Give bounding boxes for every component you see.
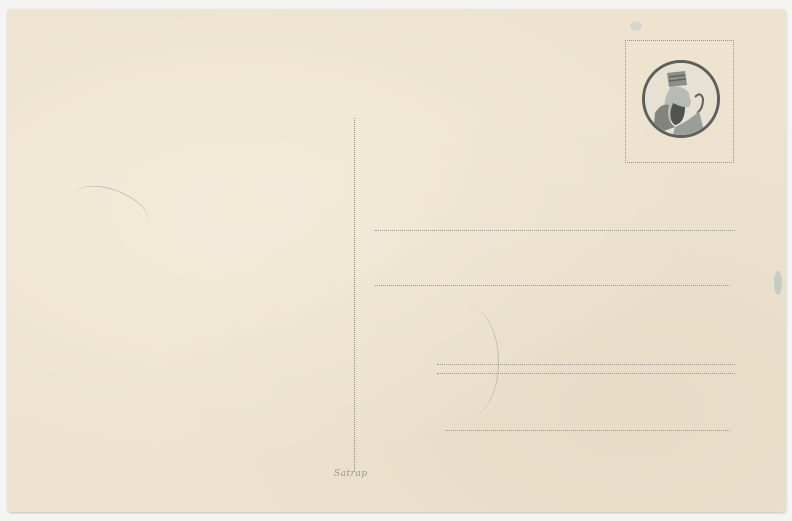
address-line bbox=[437, 364, 735, 365]
address-line bbox=[437, 373, 735, 374]
crease-mark bbox=[65, 177, 154, 243]
crease-mark bbox=[438, 307, 499, 417]
ink-stain bbox=[630, 21, 642, 31]
address-line bbox=[445, 430, 730, 431]
ink-stain bbox=[774, 271, 782, 295]
address-line bbox=[375, 285, 730, 286]
king-portrait-icon bbox=[642, 60, 720, 138]
divider-line bbox=[354, 118, 355, 471]
stamp-box bbox=[625, 40, 734, 163]
postcard-back: Satrap bbox=[8, 9, 786, 512]
publisher-mark: Satrap bbox=[334, 469, 368, 479]
address-line bbox=[375, 230, 735, 231]
